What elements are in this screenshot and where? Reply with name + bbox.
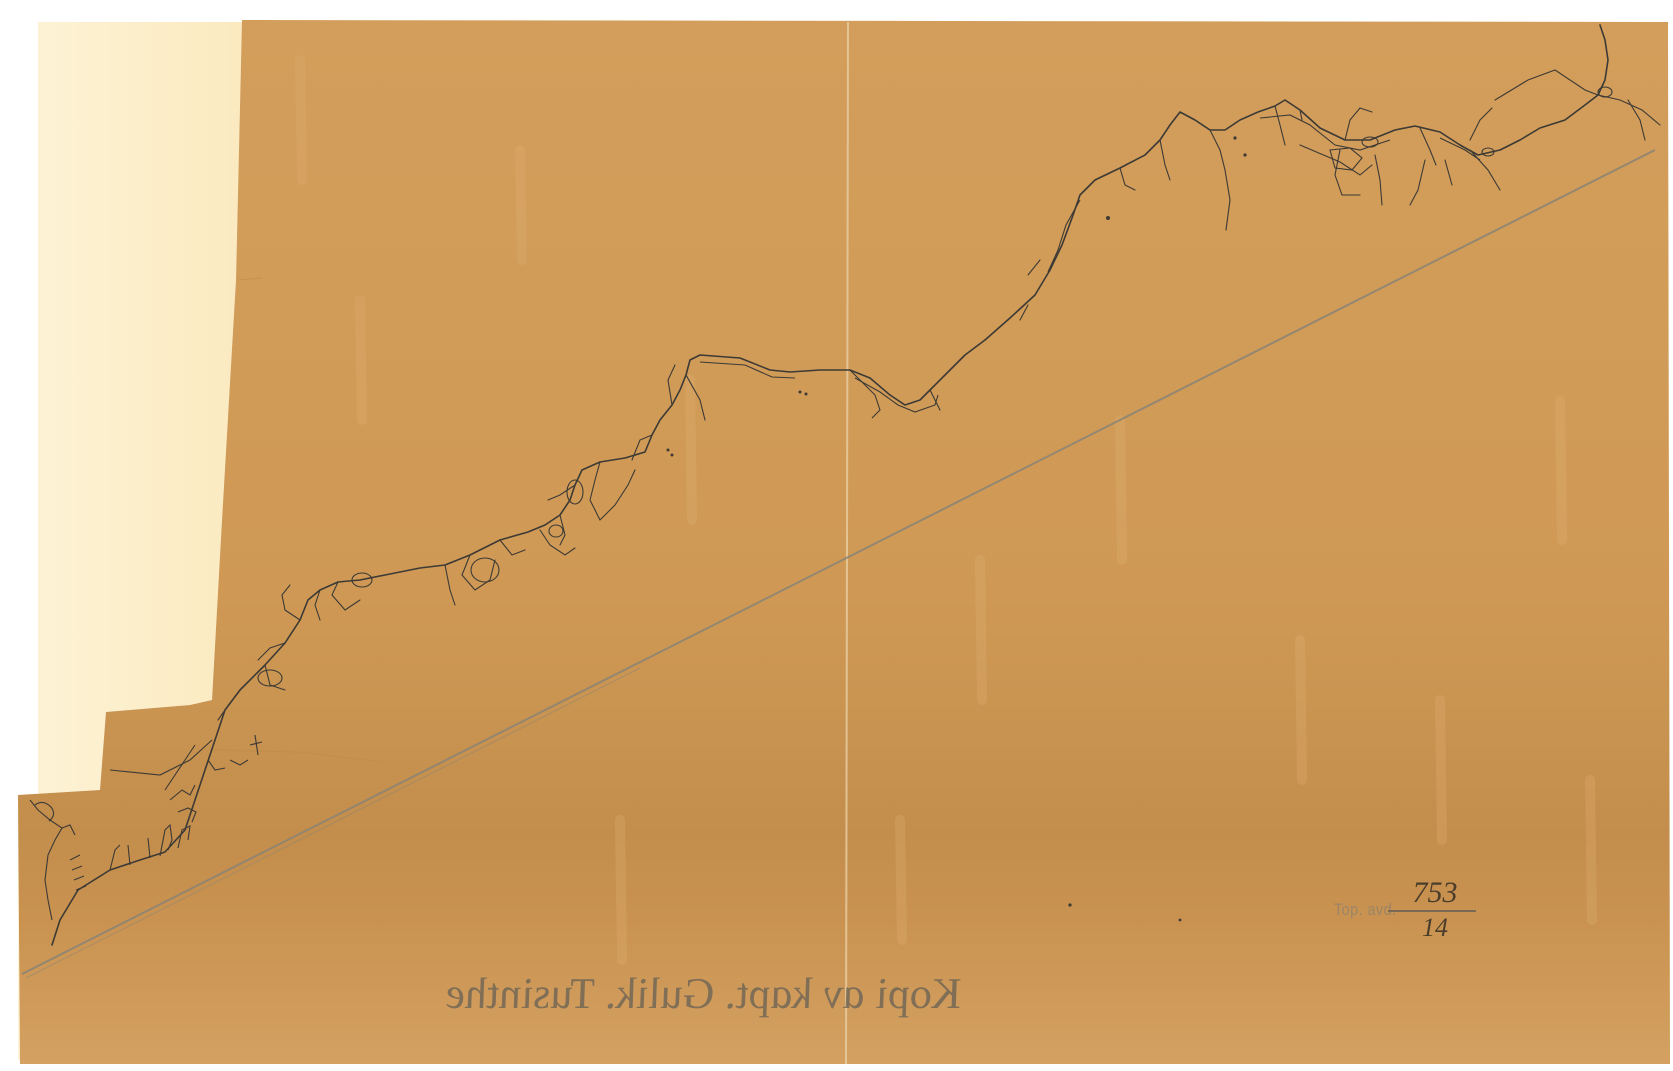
archive-number-top: 753 [1400,878,1470,908]
fraction-bar [1388,910,1476,912]
archive-number: 753 14 [1400,878,1470,942]
mirrored-handwritten-caption: Kopi av kapt. Gulik. Tusinthe [433,968,968,1038]
map-sheet: Top. avd. 753 14 Kopi av kapt. Gulik. Tu… [0,0,1673,1071]
archive-number-bottom: 14 [1400,914,1470,942]
